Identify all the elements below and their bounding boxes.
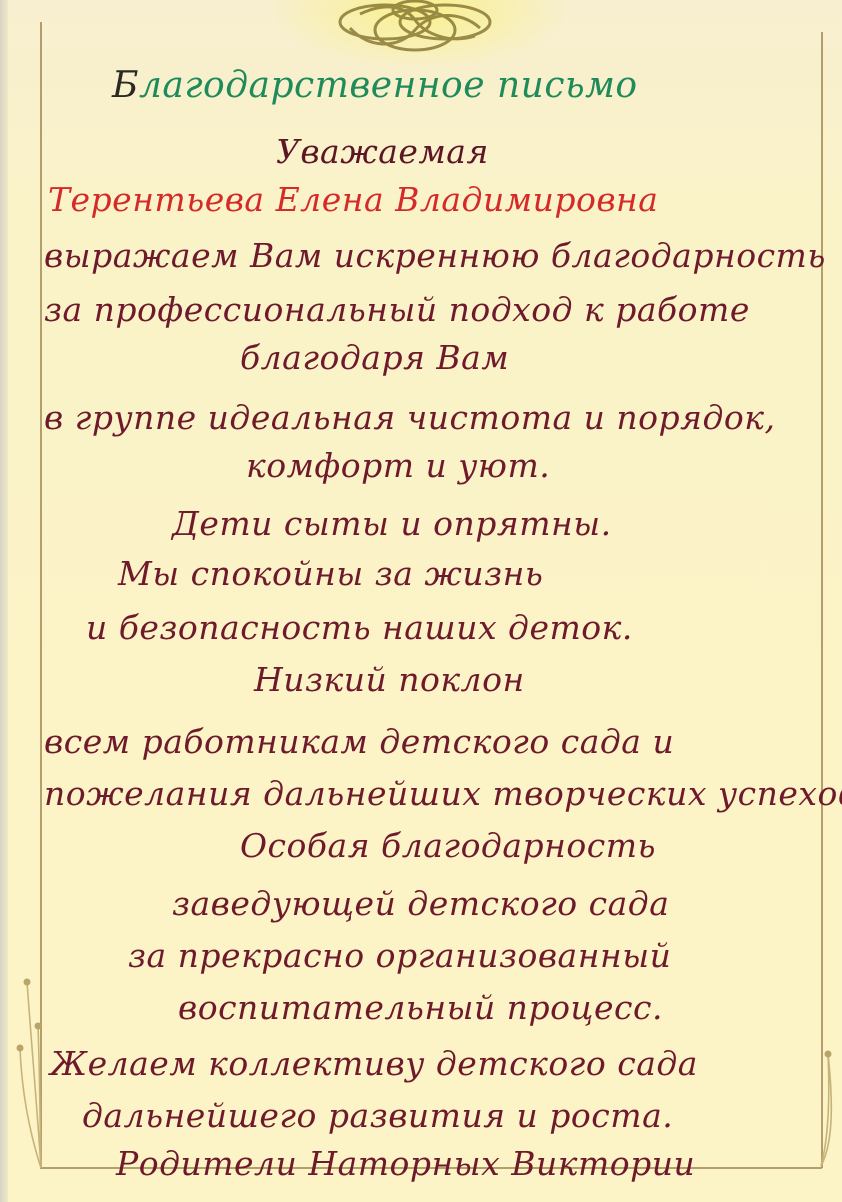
- frame-right-line: [821, 32, 823, 1168]
- letter-line: пожелания дальнейших творческих успехов.: [44, 774, 842, 814]
- stem-flourish-left-icon: [10, 970, 50, 1170]
- letter-title: Благодарственное письмо: [112, 66, 638, 106]
- letter-line: выражаем Вам искреннюю благодарность: [44, 236, 826, 276]
- letter-line: Мы спокойны за жизнь: [118, 554, 543, 594]
- letter-line: и безопасность наших деток.: [86, 608, 633, 648]
- letter-line: в группе идеальная чистота и порядок,: [44, 398, 775, 438]
- title-initial: Б: [112, 65, 139, 106]
- letter-line: заведующей детского сада: [172, 884, 669, 924]
- letter-line: Дети сыты и опрятны.: [172, 504, 612, 544]
- letter-line: комфорт и уют.: [246, 446, 550, 486]
- letter-line: Особая благодарность: [240, 826, 656, 866]
- letter-signature: Родители Наторных Виктории: [116, 1144, 695, 1184]
- salutation: Уважаемая: [276, 132, 489, 172]
- letter-line: за прекрасно организованный: [128, 936, 671, 976]
- letter-line: воспитательный процесс.: [178, 988, 663, 1028]
- page-edge-shadow: [0, 0, 8, 1202]
- letter-line: дальнейшего развития и роста.: [82, 1096, 673, 1136]
- recipient-name: Терентьева Елена Владимировна: [48, 180, 658, 220]
- letter-line: Желаем коллективу детского сада: [50, 1044, 698, 1084]
- title-rest: лагодарственное письмо: [139, 65, 638, 106]
- letter-line: за профессиональный подход к работе: [44, 290, 750, 330]
- letter-line: всем работникам детского сада и: [44, 722, 674, 762]
- stem-flourish-right-icon: [812, 1030, 842, 1170]
- letter-line: Низкий поклон: [254, 660, 525, 700]
- letter-line: благодаря Вам: [240, 338, 509, 378]
- knot-ornament-icon: [330, 0, 500, 56]
